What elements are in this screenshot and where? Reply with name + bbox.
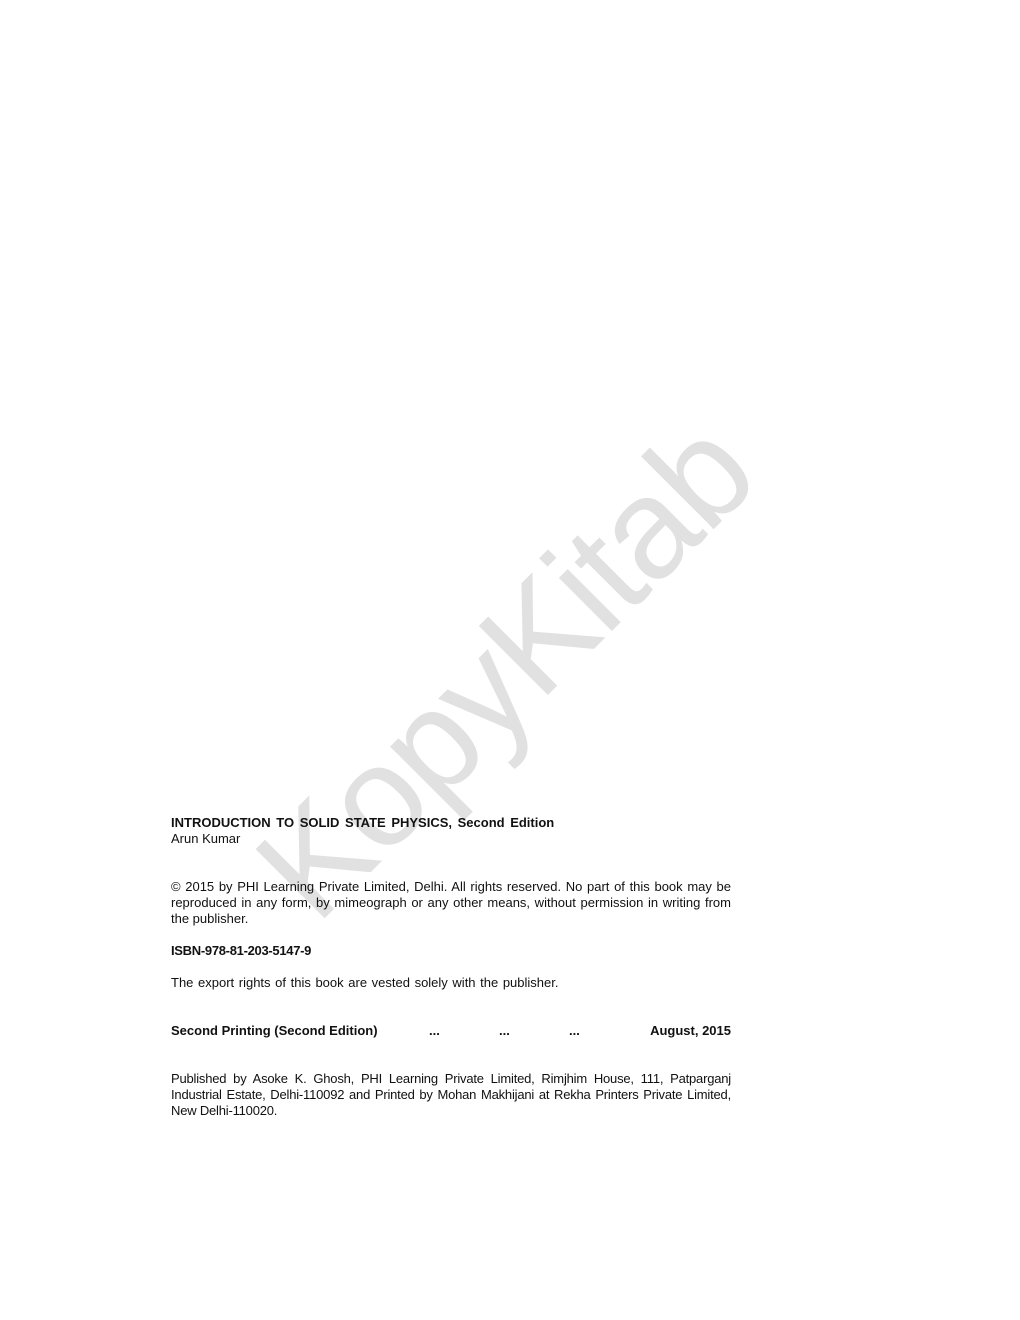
leader-dots: ...: [429, 1023, 440, 1039]
printing-date: August, 2015: [650, 1023, 731, 1039]
printing-line: Second Printing (Second Edition) ... ...…: [171, 1023, 731, 1039]
export-rights-notice: The export rights of this book are veste…: [171, 975, 731, 991]
book-author: Arun Kumar: [171, 831, 731, 847]
book-title: INTRODUCTION TO SOLID STATE PHYSICS, Sec…: [171, 815, 731, 831]
publisher-info: Published by Asoke K. Ghosh, PHI Learnin…: [171, 1071, 731, 1119]
watermark: KopyKitab: [225, 390, 786, 951]
copyright-notice: © 2015 by PHI Learning Private Limited, …: [171, 879, 731, 927]
leader-dots: ...: [569, 1023, 580, 1039]
isbn: ISBN-978-81-203-5147-9: [171, 943, 731, 959]
title-block: INTRODUCTION TO SOLID STATE PHYSICS, Sec…: [171, 815, 731, 847]
leader-dots: ...: [499, 1023, 510, 1039]
printing-edition: Second Printing (Second Edition): [171, 1023, 378, 1039]
